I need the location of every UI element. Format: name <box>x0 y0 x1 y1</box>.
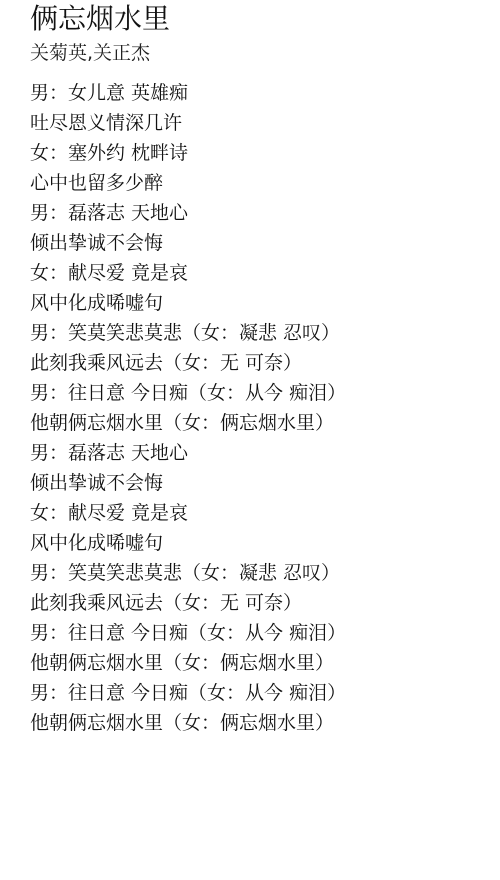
lyric-line: 风中化成唏嘘句 <box>30 288 346 318</box>
lyric-line: 女：献尽爱 竟是哀 <box>30 498 346 528</box>
lyric-line: 男：磊落志 天地心 <box>30 198 346 228</box>
lyric-line: 心中也留多少醉 <box>30 168 346 198</box>
song-artists: 关菊英,关正杰 <box>30 40 150 66</box>
lyric-line: 男：磊落志 天地心 <box>30 438 346 468</box>
lyric-line: 男：笑莫笑悲莫悲（女：凝悲 忍叹） <box>30 318 346 348</box>
lyric-line: 风中化成唏嘘句 <box>30 528 346 558</box>
lyrics-list: 男：女儿意 英雄痴 吐尽恩义情深几许 女：塞外约 枕畔诗 心中也留多少醉 男：磊… <box>30 78 346 738</box>
song-title: 俩忘烟水里 <box>30 0 170 38</box>
lyric-line: 男：女儿意 英雄痴 <box>30 78 346 108</box>
lyric-line: 男：往日意 今日痴（女：从今 痴泪） <box>30 678 346 708</box>
lyric-line: 他朝俩忘烟水里（女：俩忘烟水里） <box>30 708 346 738</box>
lyric-line: 女：献尽爱 竟是哀 <box>30 258 346 288</box>
lyric-line: 此刻我乘风远去（女：无 可奈） <box>30 348 346 378</box>
lyric-line: 倾出挚诚不会悔 <box>30 468 346 498</box>
lyric-line: 倾出挚诚不会悔 <box>30 228 346 258</box>
lyric-line: 男：往日意 今日痴（女：从今 痴泪） <box>30 378 346 408</box>
lyrics-page: 俩忘烟水里 关菊英,关正杰 男：女儿意 英雄痴 吐尽恩义情深几许 女：塞外约 枕… <box>0 0 500 880</box>
lyric-line: 此刻我乘风远去（女：无 可奈） <box>30 588 346 618</box>
lyric-line: 男：笑莫笑悲莫悲（女：凝悲 忍叹） <box>30 558 346 588</box>
lyric-line: 吐尽恩义情深几许 <box>30 108 346 138</box>
lyric-line: 男：往日意 今日痴（女：从今 痴泪） <box>30 618 346 648</box>
lyric-line: 女：塞外约 枕畔诗 <box>30 138 346 168</box>
lyric-line: 他朝俩忘烟水里（女：俩忘烟水里） <box>30 408 346 438</box>
lyric-line: 他朝俩忘烟水里（女：俩忘烟水里） <box>30 648 346 678</box>
